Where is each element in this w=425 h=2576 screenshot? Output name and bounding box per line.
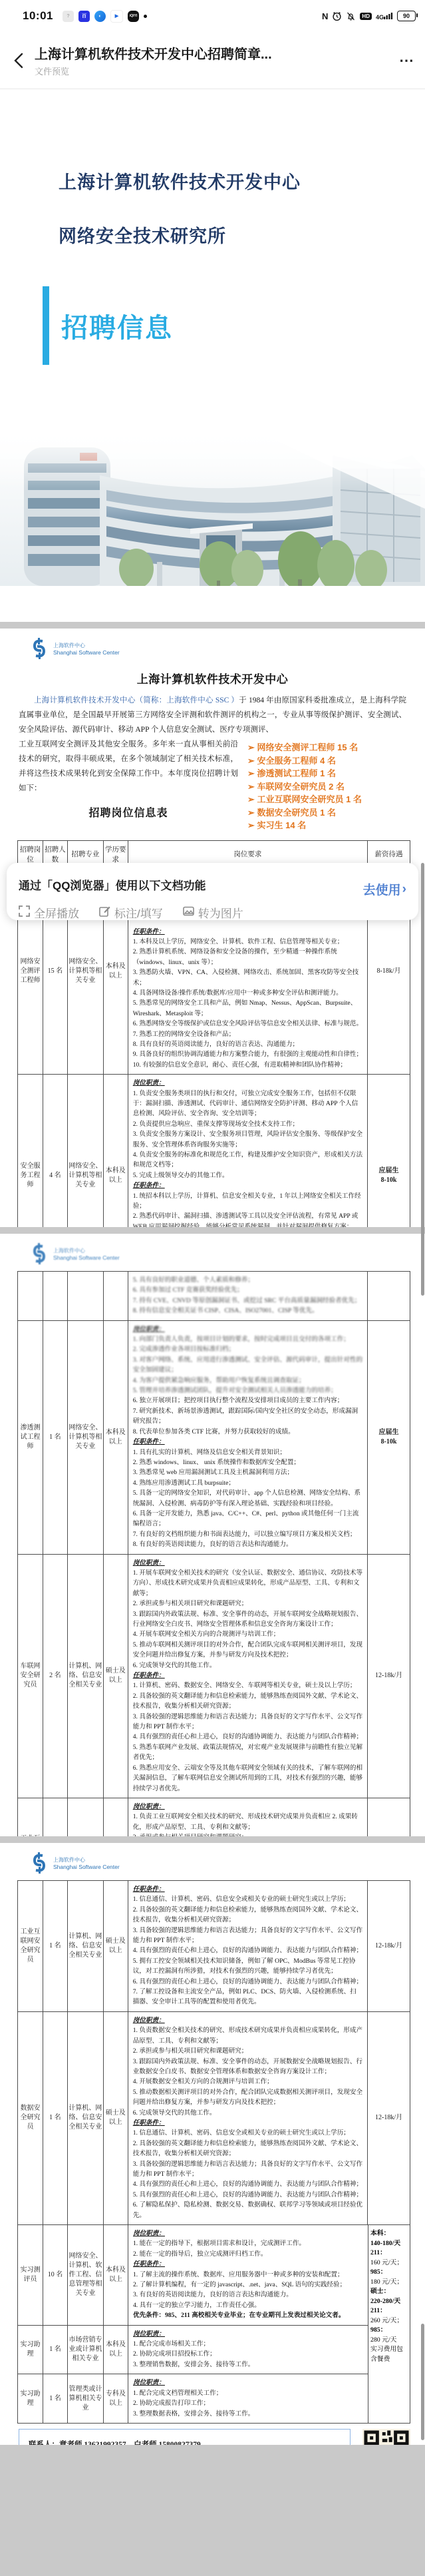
headcount-cell: 1 名 [43,1881,68,2011]
company-logo: 上海软件中心 Shanghai Software Center [29,1242,425,1266]
requirement-item: 1. 能在一定的指导下，根据项目需求和设计，完成测评工作。 [133,2238,363,2248]
requirements-section-title: 任职条件： [133,2118,362,2128]
job-openings-list: ➢ 网络安全测评工程师 15 名➢ 安全服务工程师 4 名➢ 渗透测试工程师 1… [238,741,406,832]
requirement-item: 3. 有良好的英语阅读能力，良好的语言表达和沟通能力。 [133,2290,363,2300]
requirement-item: 7. 持有 CVE、CNVD 等原创漏洞证书、或挖过 SRC 平台高质量漏洞经验… [133,1296,362,1306]
table-title: 招聘岗位信息表 [19,806,238,821]
job-opening-item: ➢ 网络安全测评工程师 15 名 [247,741,406,754]
document-title: 上海计算机软件技术开发中心招聘简章... [35,43,394,63]
alarm-icon [332,11,342,21]
requirement-item: 4. 具备网络设备/操作系统/数据库/应用中一种或多种安全评估和测评能力。 [133,988,362,998]
requirements-section-title: 任职条件： [133,1671,362,1680]
requirement-item: 1. 本科及以上学历，网络安全、计算机、软件工程、信息管理等相关专业； [133,937,362,947]
position-cell: 实习测评员 [18,2225,43,2325]
requirement-item: 1. 负责数据安全相关技术的研究、形成技术研究成果并负责相应成果转化，形成产品原… [133,2025,362,2046]
major-cell [68,1272,104,1320]
requirement-item: 5. 推动数据相关测评项目的对外合作，配合团队完成数据相关测评项目，发现安全问题… [133,2087,362,2108]
degree-cell: 硕士及以上 [104,1555,128,1798]
degree-cell: 硕士及以上 [104,2012,128,2224]
requirement-item: 10. 有较强的信息安全意识，耐心、责任心强，有进取精神和团队协作精神； [133,1060,362,1070]
job-requirements-cell: 岗位职责：1. 向部门负责人负责，按项目计划的要求，按时完成项目且交付的各项工作… [128,1321,368,1554]
fullscreen-icon [19,905,30,920]
requirement-item: 1. 向部门负责人负责，按项目计划的要求，按时完成项目且交付的各项工作； [133,1334,362,1344]
major-cell: 市场营销专业或计算机相关专业 [68,2326,104,2374]
requirement-item: 1. 开展车联网安全相关技术的研究（安全认证、数据安全、通信协议、攻防技术等方向… [133,1568,362,1599]
intro-paragraph-left: 工业互联网安全测评及其他安全服务。多年来一直从事相关前沿技术的研究，取得丰硕成果… [19,737,238,832]
company-logo-icon [29,1242,49,1265]
contact-person-line: 联系人：章老师 13621992357，白老师 15800827379 [29,2436,341,2445]
requirement-item: 6. 具有参加过 CTF 竞赛获奖经验优先； [133,1285,362,1295]
requirement-item: 8. 持有信息安全相关证书 CISP、CISA、ISO27001、CISP 等优… [133,1306,362,1316]
major-cell: 网络安全、计算机等相关专业 [68,1075,104,1227]
headcount-cell: 1 名 [43,1321,68,1554]
company-logo: 上海软件中心 Shanghai Software Center [29,637,425,660]
requirement-item: 5. 完成上级领导交办的其他工作。 [133,1170,362,1180]
degree-cell: 本科及以上 [104,1321,128,1554]
requirements-section-title: 岗位职责： [133,2228,363,2238]
requirement-item: 4. 具有一定的独立学习能力，工作责任心强。 [133,2300,363,2310]
headcount-cell: 1 名 [43,2012,68,2224]
requirement-item: 4. 开展数据安全相关方向的合规测评与培训工作； [133,2077,362,2087]
salary-line: 985： [370,2326,408,2336]
toolbar-title: 通过「QQ浏览器」使用以下文档功能 [19,876,206,893]
go-use-button[interactable]: 去使用› [363,880,406,898]
job-requirements-cell: 岗位职责：1. 负责数据安全相关技术的研究、形成技术研究成果并负责相应成果转化，… [128,2012,368,2224]
logo-text-cn: 上海软件中心 [53,642,120,649]
status-bar: 10:01 ? 百 ◐ ▶ iQIYI N HD 4G 90 [0,0,425,32]
table-row: 实习测评员10 名网络安全、计算机、软件工程、信息管理等相关专业本科及以上岗位职… [18,2225,368,2326]
requirement-item: 7. 了解工控设备和主流安全产品，例如 PLC、DCS、防火墙、入侵检测系统、扫… [133,1987,362,2007]
requirement-item: 5. 具备一定的网络安全知识，对代码审计、app 个人信息检测、网络安全结构、系… [133,1488,362,1509]
salary-line: 211： [370,2306,408,2316]
toolbar-feature-label: 全屏播放 [34,904,79,921]
salary-line: 280 元/天 [370,2336,408,2346]
company-logo: 上海软件中心 Shanghai Software Center [29,1851,425,1875]
job-opening-item: ➢ 实习生 14 名 [247,819,406,832]
positions-table-page4: 工业互联网安全研究员1 名计算机、网络、信息安全相关专业硕士及以上任职条件：1.… [17,1880,410,2424]
job-opening-item: ➢ 工业互联网安全研究员 1 名 [247,793,406,806]
requirement-item: 5. 具有强烈的责任心和上进心，良好的沟通协调能力、表达能力与团队合作精神； [133,2190,362,2200]
intro-paragraph: 上海计算机软件技术开发中心（简称：上海软件中心 SSC ）于 1984 年由原国… [19,693,406,737]
doc-page-2: 上海软件中心 Shanghai Software Center 上海计算机软件技… [0,629,425,1227]
requirements-section-title: 岗位职责： [133,2378,363,2388]
position-cell: 工业互联网安全研究员 [18,1798,43,1836]
requirement-item: 1. 信息通信、计算机、密码、信息安全或相关专业的硕士研究生或以上学历； [133,1894,362,1904]
requirement-item: 3. 熟悉常见 web 应用漏洞测试工具及主机漏洞利用方法； [133,1467,362,1477]
requirement-item: 2. 具备较强的英文翻译能力和信息检索能力，能够熟练查阅国外文献、学术论文、技术… [133,1691,362,1712]
table-row: 安全服务工程师4 名网络安全、计算机等相关专业本科及以上岗位职责：1. 负责安全… [18,1075,410,1227]
page-separator [0,622,425,629]
requirement-item: 3. 跟踪国内外政策法规、标准、安全事件的动态，开展数据安全战略规划报告、行业数… [133,2057,362,2077]
requirement-item: 1. 了解主流的操作系统、数据库、应用服务器中一种或多种的安装和配置； [133,2270,363,2280]
requirement-item: 3. 对客户网络、系统、应用进行渗透测试、安全评估、源代码审计，提出针对性的安全… [133,1355,362,1376]
requirement-item: 2. 能在一定的指导后，独立完成测评归档工作。 [133,2249,363,2259]
toolbar-feature-label: 标注/填写 [114,904,163,921]
requirements-section-title: 岗位职责： [133,1078,362,1088]
salary-cell: 12-18k/月 [368,1881,410,2011]
requirement-item: 7. 熟悉工控的网络安全设备和产品； [133,1029,362,1039]
requirement-item: 2. 熟悉 windows、linux、 unix 系统操作和数据库安全配置； [133,1457,362,1467]
requirement-item: 1. 计算机、密码、数据安全、网络安全、车联网等相关专业，硕士及以上学历； [133,1680,362,1690]
recruit-banner: 招聘信息 [43,286,425,365]
job-requirements-cell: 任职条件：1. 信息通信、计算机、密码、信息安全或相关专业的硕士研究生或以上学历… [128,1881,368,2011]
requirement-item: 2. 熟悉计算机系统、网络设备和安全设备的操作，至少精通一种操作系统（windo… [133,947,362,967]
requirements-section-title: 任职条件： [133,1180,362,1190]
requirements-section-title: 岗位职责： [133,1324,362,1334]
intro-company-name: 上海计算机软件技术开发中心（简称：上海软件中心 SSC ） [34,696,239,704]
major-cell: 管理类或计算机相关专业 [68,2374,104,2423]
qq-browser-doc-toolbar: 通过「QQ浏览器」使用以下文档功能 去使用› 全屏播放标注/填写转为图片 [7,863,418,920]
intern-rows-group: 实习测评员10 名网络安全、计算机、软件工程、信息管理等相关专业本科及以上岗位职… [18,2225,410,2424]
logo-text-en: Shanghai Software Center [53,649,120,656]
requirement-item: 2. 承担或参与相关项目研究和课题研究； [133,1599,362,1609]
requirement-item: 4. 为客户提供紧急响应服务，帮助用户恢复系统且调查取证； [133,1376,362,1386]
requirement-item: 8. 具有良好的英语阅读能力，良好的语言表达、沟通能力； [133,1039,362,1049]
major-cell: 计算机、网络、信息安全相关专业 [68,2012,104,2224]
requirement-item: 1. 配合完成市场相关工作； [133,2339,363,2349]
company-logo-icon [29,1852,49,1874]
requirement-item: 4. 具有强烈的责任心和上进心，良好的沟通协调能力、表达能力与团队合作精神； [133,2179,362,2189]
document-end-area [0,2445,425,2576]
salary-cell: 12-18k/月 [368,1798,410,1836]
back-icon[interactable] [11,52,28,69]
major-cell: 计算机、网络、信息安全相关专业 [68,1881,104,2011]
more-menu-icon[interactable]: ⋯ [394,52,414,69]
degree-cell: 本科及以上 [104,2225,128,2325]
priority-note: 优先条件：985、211 高校相关专业毕业；在专业期刊上发表过相关论文者。 [133,2310,363,2320]
requirement-item: 5. 熟悉车联网产业发展、政策法规情况，对宏观产业发展规律与前瞻性有独立见解者优… [133,1742,362,1763]
job-requirements-cell: 岗位职责：1. 负责安全服务类项目的执行和交付，可独立完成安全服务工作，包括但不… [128,1075,368,1227]
job-opening-item: ➢ 渗透测试工程师 1 名 [247,767,406,780]
banner-text: 招聘信息 [61,307,173,345]
headcount-cell: 2 名 [43,1555,68,1798]
page2-doc-title: 上海计算机软件技术开发中心 [0,670,425,686]
job-requirements-cell: 岗位职责：1. 负责工业互联网安全相关技术的研究、形成技术研究成果并负责相应 2… [128,1798,368,1836]
major-cell: 网络安全、计算机、软件工程、信息管理等相关专业 [68,2225,104,2325]
position-cell: 车联网安全研究员 [18,1555,43,1798]
headcount-cell: 1 名 [43,1798,68,1836]
degree-cell [104,1272,128,1320]
requirement-item: 5. 熟悉常见的网络安全工具和产品，例如 Nmap、Nessus、AppScan… [133,998,362,1019]
page-separator [0,1836,425,1843]
requirements-section-title: 岗位职责： [133,2015,362,2025]
requirement-item: 9. 具备良好的组织协调沟通能力和方案整合能力，有很强的主观能动性和自律性； [133,1049,362,1059]
video-app-icon: ▶ [110,10,123,23]
building-photo [0,429,425,586]
positions-table-page3: 5. 具有良好的职业道德、个人素质和修养；6. 具有参加过 CTF 竞赛获奖经验… [17,1271,410,1836]
requirement-item: 8. 代表单位参加各类 CTF 比赛，并努力获取较好的成绩。 [133,1427,362,1437]
iqiyi-app-icon: iQIYI [128,11,139,22]
requirement-item: 6. 熟悉网络安全等级保护或信息安全风险评估等信息安全相关法律、标准与规范。 [133,1019,362,1029]
requirement-item: 6. 完成领导交代的其他工作。 [133,1661,362,1671]
page-separator [0,1227,425,1234]
requirement-item: 3. 具备较强的逻辑思维能力和语言表达能力；具备良好的文字写作水平、公文写作能力… [133,2159,362,2180]
baidu-app-icon: 百 [78,11,90,22]
annotate-icon [99,905,110,920]
company-logo-icon [29,637,49,660]
requirement-item: 2. 熟悉代码审计、漏洞扫描、渗透测试等工具以及安全评估流程，有常见 APP 或… [133,1211,362,1227]
requirement-item: 8. 有良好的英语阅读能力，良好的语言表达和沟通能力。 [133,1539,362,1549]
position-cell: 渗透测试工程师 [18,1321,43,1554]
salary-line: 180 元/天； [370,2278,408,2288]
requirements-section-title: 岗位职责： [133,2329,363,2339]
major-cell: 网络安全、计算机等相关专业 [68,1321,104,1554]
requirement-item: 4. 具有强烈的责任心和上进心，良好的沟通协调能力、表达能力与团队合作精神； [133,1945,362,1955]
requirement-item: 2. 承担或参与相关项目研究和课题研究； [133,2046,362,2056]
requirement-item: 1. 统招本科以上学历，计算机、信息安全相关专业，1 年以上网络安全相关工作经验… [133,1191,362,1212]
dot-icon [144,15,147,18]
requirement-item: 4. 负责安全服务的标准化和规范化工作，构建及维护安全知识资产，形成相关方法和规… [133,1150,362,1170]
notification-app-icons: ? 百 ◐ ▶ iQIYI [63,10,147,23]
doc-page-3: 上海软件中心 Shanghai Software Center 5. 具有良好的… [0,1234,425,1836]
salary-line: 160 元/天； [370,2258,408,2268]
table-row: 渗透测试工程师1 名网络安全、计算机等相关专业本科及以上岗位职责：1. 向部门负… [18,1321,410,1555]
salary-line: 211： [370,2248,408,2258]
table-row: 工业互联网安全研究员1 名计算机、网络、信息安全相关专业硕士及以上岗位职责：1.… [18,1798,410,1836]
position-cell: 安全服务工程师 [18,1075,43,1227]
requirement-item: 2. 协助完成项目招投标工作； [133,2349,363,2359]
requirement-item: 5. 管理并培养渗透测试团队，提升对安全测试相关人员渗透能力的培养； [133,1386,362,1396]
degree-cell: 本科及以上 [104,2326,128,2374]
requirement-item: 6. 熟悉应用安全、云端安全等及其他车联网安全领域有关的技术，了解车联网的相关漏… [133,1763,362,1794]
requirement-item: 4. 熟练应用渗透测试工具 burpsuite； [133,1478,362,1488]
degree-cell: 硕士及以上 [104,1798,128,1836]
requirement-item: 5. 拥有工控安全领域相关技术知识储备，例如了解 OPC、ModBus 等常见工… [133,1956,362,1977]
table-row: 5. 具有良好的职业道德、个人素质和修养；6. 具有参加过 CTF 竞赛获奖经验… [18,1272,410,1321]
requirement-item: 2. 负责提供应急响应、重保支撑等现场安全技术支持工作； [133,1119,362,1129]
job-requirements-cell: 岗位职责：1. 配合完成文档管理相关工作；2. 协助完成报告打印工作；3. 整理… [128,2374,368,2423]
job-requirements-cell: 岗位职责：1. 能在一定的指导下，根据项目需求和设计，完成测评工作。2. 能在一… [128,2225,368,2325]
browser-app-icon: ◐ [94,11,106,22]
doc-page-1: 上海计算机软件技术开发中心 网络安全技术研究所 招聘信息 [0,89,425,622]
job-opening-item: ➢ 安全服务工程师 4 名 [247,754,406,768]
salary-cell: 应届生8-10k [368,1075,410,1227]
salary-line: 实习费用包含餐费 [370,2345,408,2364]
salary-cell [368,1272,410,1320]
requirements-section-title: 岗位职责： [133,1558,362,1568]
salary-line: 985： [370,2268,408,2278]
salary-line: 260 元/天； [370,2316,408,2326]
requirements-section-title: 任职条件： [133,1437,362,1447]
toolbar-feature-label: 转为图片 [198,904,243,921]
requirement-item: 2. 完成渗透作业各项目按标准归档； [133,1344,362,1354]
requirement-item: 1. 配合完成文档管理相关工作； [133,2388,363,2398]
requirement-item: 5. 推动车联网相关测评项目的对外合作，配合团队完成车联网相关测评项目，发现安全… [133,1640,362,1661]
requirement-item: 3. 具备较强的逻辑思维能力和语言表达能力；具备良好的文字写作水平、公文写作能力… [133,1926,362,1946]
position-cell: 工业互联网安全研究员 [18,1881,43,2011]
banner-accent-bar [43,286,49,365]
position-cell: 实习助理 [18,2374,43,2423]
job-opening-item: ➢ 车联网安全研究员 2 名 [247,780,406,794]
salary-cell: 12-18k/月 [368,2012,410,2224]
degree-cell: 硕士及以上 [104,1881,128,2011]
requirement-item: 6. 独立开展项目；把控项目执行整个流程及安排项目成员的主要工作内容； [133,1396,362,1406]
title-bar: 上海计算机软件技术开发中心招聘简章... 文件预览 ⋯ [0,32,425,89]
contact-box: 联系人：章老师 13621992357，白老师 15800827379 简历投递… [19,2429,351,2445]
salary-cell: 12-18k/月 [368,1555,410,1798]
hd-icon: HD [360,13,372,20]
requirement-item: 2. 具备较强的英文翻译能力和信息检索能力，能够熟练查阅国外文献、学术论文、技术… [133,2139,362,2159]
major-cell: 计算机、网络、信息安全相关专业 [68,1555,104,1798]
requirement-item: 3. 负责安全服务方案设计、安全服务项目管理，风险评估安全服务、等级保护安全服务… [133,1129,362,1150]
requirement-item: 1. 负责安全服务类项目的执行和交付，可独立完成安全服务工作，包括但不仅限于：漏… [133,1089,362,1119]
requirement-item: 6. 了解隐私保护、隐私检测、数据交易、数据确权、联邦学习等领域或项目经验优先。 [133,2200,362,2220]
requirement-item: 7. 研究新技术、新场景渗透测试，跟踪国际/国内安全社区的安全动态，形成漏洞研究… [133,1406,362,1427]
requirement-item: 3. 跟踪国内外政策法规、标准、安全事件的动态，开展车联网安全战略规划报告、行业… [133,1609,362,1630]
position-cell [18,1272,43,1320]
salary-line: 本科： [370,2229,408,2239]
requirement-item: 2. 具备较强的英文翻译能力和信息检索能力，能够熟练查阅国外文献、学术论文、技术… [133,1905,362,1926]
toolbar-feature-标注/填写[interactable]: 标注/填写 [99,904,163,921]
requirement-item: 4. 开展车联网安全相关方向的合规测评与培训工作； [133,1629,362,1639]
requirement-item: 6. 完成领导交代的其他工作。 [133,2108,362,2118]
table-row: 数据安全研究员1 名计算机、网络、信息安全相关专业硕士及以上岗位职责：1. 负责… [18,2012,410,2225]
requirement-item: 3. 整理数据表格，安排会务、接待等工作。 [133,2409,363,2419]
table-row: 车联网安全研究员2 名计算机、网络、信息安全相关专业硕士及以上岗位职责：1. 开… [18,1555,410,1798]
nfc-icon: N [322,11,328,21]
table-row: 实习助理1 名管理类或计算机相关专业专科及以上岗位职责：1. 配合完成文档管理相… [18,2374,368,2423]
qr-code [362,2429,410,2445]
mute-bell-icon [346,11,356,21]
salary-cell: 应届生8-10k [368,1321,410,1554]
headcount-cell: 1 名 [43,2326,68,2374]
requirements-section-title: 任职条件： [133,2259,363,2269]
requirement-item: 7. 有良好的文档组织能力和书面表达能力，可以独立编写项目方案及相关文档； [133,1529,362,1539]
requirement-item: 5. 具有良好的职业道德、个人素质和修养； [133,1275,362,1285]
headcount-cell: 10 名 [43,2225,68,2325]
headcount-cell: 1 名 [43,2374,68,2423]
requirement-item: 6. 具有强烈的责任心和上进心，良好的沟通协调能力、表达能力与团队合作精神； [133,1977,362,1987]
requirement-item: 3. 熟悉防火墙、VPN、CA、入侵检测、网络攻击、系统加固、黑客攻防等安全技术… [133,967,362,988]
requirement-item: 2. 了解计算机编程，有一定的 javascript、.net、java、SQL… [133,2280,363,2290]
file-preview-label: 文件预览 [35,65,394,77]
scrollbar-thumb[interactable] [421,863,424,1296]
requirement-item: 4. 具有强烈的责任心和上进心，良好的沟通协调能力、表达能力与团队合作精神； [133,1732,362,1742]
degree-cell: 专科及以上 [104,2374,128,2423]
salary-line: 硕士： [370,2287,408,2297]
doc-page-4: 上海软件中心 Shanghai Software Center 工业互联网安全研… [0,1843,425,2445]
degree-cell: 本科及以上 [104,1075,128,1227]
job-requirements-cell: 5. 具有良好的职业道德、个人素质和修养；6. 具有参加过 CTF 竞赛获奖经验… [128,1272,368,1320]
battery-icon: 90 [397,11,416,21]
job-requirements-cell: 岗位职责：1. 开展车联网安全相关技术的研究（安全认证、数据安全、通信协议、攻防… [128,1555,368,1798]
major-cell: 计算机、网络、信息安全相关专业 [68,1798,104,1836]
table-row: 实习助理1 名市场营销专业或计算机相关专业本科及以上岗位职责：1. 配合完成市场… [18,2326,368,2375]
requirement-item: 3. 整理销售数据，安排会务、接待等工作。 [133,2360,363,2370]
location-icon: ? [63,11,74,22]
headcount-cell [43,1272,68,1320]
intern-salary-cell: 本科：140-180/天211：160 元/天；985：180 元/天；硕士：2… [368,2225,410,2423]
requirements-section-title: 任职条件： [133,1884,362,1894]
salary-line: 140-180/天 [370,2239,408,2249]
requirement-item: 1. 信息通信、计算机、密码、信息安全或相关专业的硕士研究生或以上学历； [133,2128,362,2138]
requirement-item: 1. 具有扎实的计算机、网络及信息安全相关背景知识； [133,1447,362,1457]
requirements-section-title: 任职条件： [133,927,362,937]
job-requirements-cell: 岗位职责：1. 配合完成市场相关工作；2. 协助完成项目招投标工作；3. 整理销… [128,2326,368,2374]
toolbar-feature-全屏播放[interactable]: 全屏播放 [19,904,79,921]
requirement-item: 6. 具备一定开发能力，熟悉 java、C/C++、C#、perl、python… [133,1509,362,1529]
job-opening-item: ➢ 数据安全研究员 1 名 [247,806,406,820]
salary-line: 220-280/天 [370,2297,408,2307]
position-cell: 实习助理 [18,2326,43,2374]
requirements-section-title: 岗位职责： [133,1802,362,1812]
to-image-icon [183,905,194,920]
headcount-cell: 4 名 [43,1075,68,1227]
position-cell: 数据安全研究员 [18,2012,43,2224]
requirement-item: 1. 负责工业互联网安全相关技术的研究、形成技术研究成果并负责相应 2. 成果转… [133,1812,362,1832]
intern-rows: 实习测评员10 名网络安全、计算机、软件工程、信息管理等相关专业本科及以上岗位职… [18,2225,368,2423]
requirement-item: 3. 承担或参与相关项目研究和课题研究； [133,1832,362,1836]
requirement-item: 3. 具备较强的逻辑思维能力和语言表达能力；具备良好的文字写作水平、公文写作能力… [133,1712,362,1732]
cover-title-line1: 上海计算机软件技术开发中心 [59,168,425,194]
requirement-item: 2. 协助完成报告打印工作； [133,2398,363,2408]
clock-time: 10:01 [23,9,53,23]
4g-signal-icon: 4G [376,13,393,20]
scrollbar-thumb[interactable] [421,2324,424,2440]
table-row: 工业互联网安全研究员1 名计算机、网络、信息安全相关专业硕士及以上任职条件：1.… [18,1881,410,2012]
toolbar-feature-转为图片[interactable]: 转为图片 [183,904,243,921]
cover-title-line2: 网络安全技术研究所 [59,222,425,248]
